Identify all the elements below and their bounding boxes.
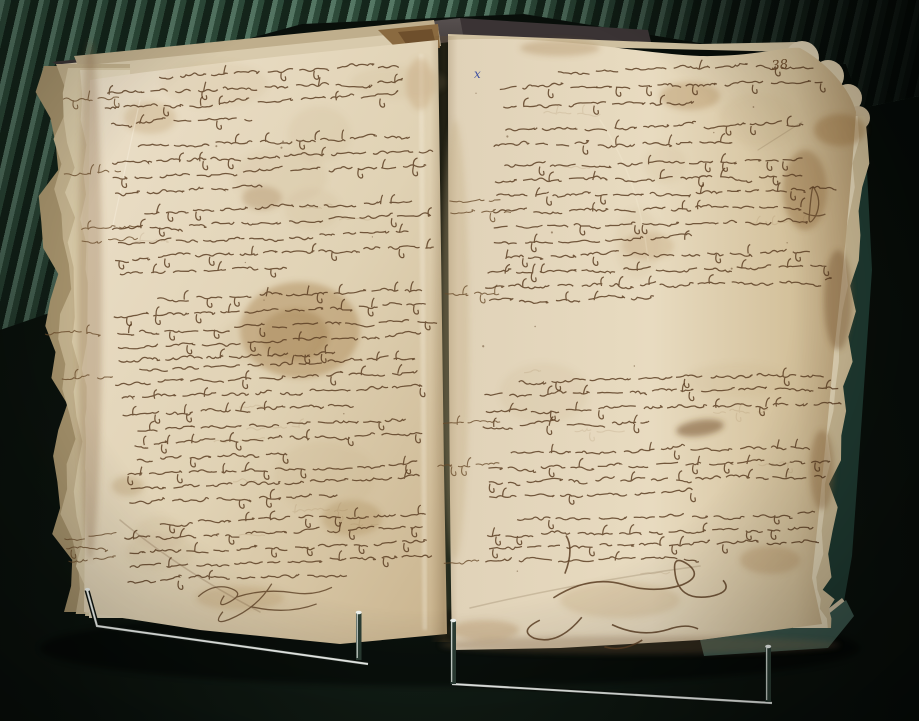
stain — [740, 546, 800, 574]
stain — [814, 114, 866, 146]
stain — [660, 82, 720, 110]
pencil-x-mark: x — [474, 67, 481, 81]
stain — [441, 120, 469, 560]
stain — [520, 40, 600, 56]
stain — [810, 430, 834, 510]
mottle — [161, 61, 268, 107]
stain — [824, 250, 852, 350]
photograph-of-manuscript: 38 x — [0, 0, 919, 721]
stain — [78, 40, 102, 560]
mottle — [684, 363, 789, 397]
stain — [451, 620, 519, 640]
stain — [124, 102, 176, 134]
page-number: 38 — [771, 57, 789, 74]
mottle — [284, 188, 340, 230]
mottle — [274, 442, 375, 512]
stain — [560, 582, 680, 618]
mottle — [719, 93, 796, 146]
mottle — [351, 66, 447, 99]
book-scene: 38 x — [0, 0, 919, 721]
mottle — [615, 208, 661, 279]
stain — [783, 150, 827, 230]
